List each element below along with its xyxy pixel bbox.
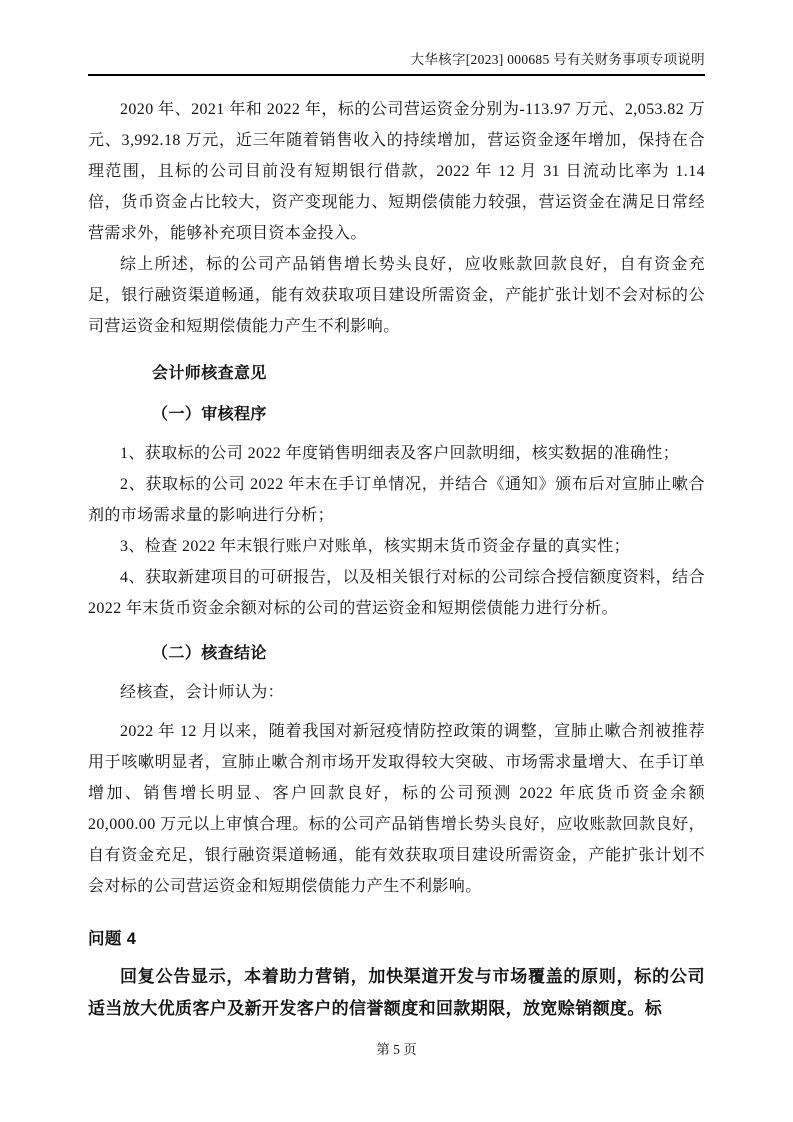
paragraph-conclusion: 2022 年 12 月以来，随着我国对新冠疫情防控政策的调整，宣肺止嗽合剂被推荐… [88, 716, 705, 902]
paragraph-question-4: 回复公告显示，本着助力营销，加快渠道开发与市场覆盖的原则，标的公司适当放大优质客… [88, 961, 705, 1025]
header-divider [88, 74, 705, 76]
document-reference-text: 大华核字[2023] 000685 号有关财务事项专项说明 [411, 52, 705, 67]
procedure-item-1: 1、获取标的公司 2022 年度销售明细表及客户回款明细，核实数据的准确性； [88, 438, 705, 469]
document-body: 2020 年、2021 年和 2022 年，标的公司营运资金分别为-113.97… [88, 94, 705, 1025]
heading-audit-procedures: （一）审核程序 [88, 399, 705, 430]
page-footer: 第 5 页 [0, 1041, 793, 1059]
procedure-item-3: 3、检查 2022 年末银行账户对账单，核实期末货币资金存量的真实性； [88, 531, 705, 562]
page-header: 大华核字[2023] 000685 号有关财务事项专项说明 [88, 50, 705, 70]
paragraph-conclusion-intro: 经核查，会计师认为： [88, 677, 705, 708]
procedure-item-2: 2、获取标的公司 2022 年末在手订单情况，并结合《通知》颁布后对宣肺止嗽合剂… [88, 469, 705, 531]
procedure-item-4: 4、获取新建项目的可研报告，以及相关银行对标的公司综合授信额度资料，结合 202… [88, 562, 705, 624]
heading-accountant-opinion: 会计师核查意见 [88, 358, 705, 389]
heading-verification-conclusion: （二）核查结论 [88, 638, 705, 669]
document-page: 大华核字[2023] 000685 号有关财务事项专项说明 2020 年、202… [0, 0, 793, 1122]
page-number: 第 5 页 [376, 1042, 417, 1057]
heading-question-4: 问题 4 [88, 924, 705, 955]
paragraph-summary: 综上所述，标的公司产品销售增长势头良好，应收账款回款良好，自有资金充足，银行融资… [88, 249, 705, 342]
paragraph-working-capital: 2020 年、2021 年和 2022 年，标的公司营运资金分别为-113.97… [88, 94, 705, 249]
